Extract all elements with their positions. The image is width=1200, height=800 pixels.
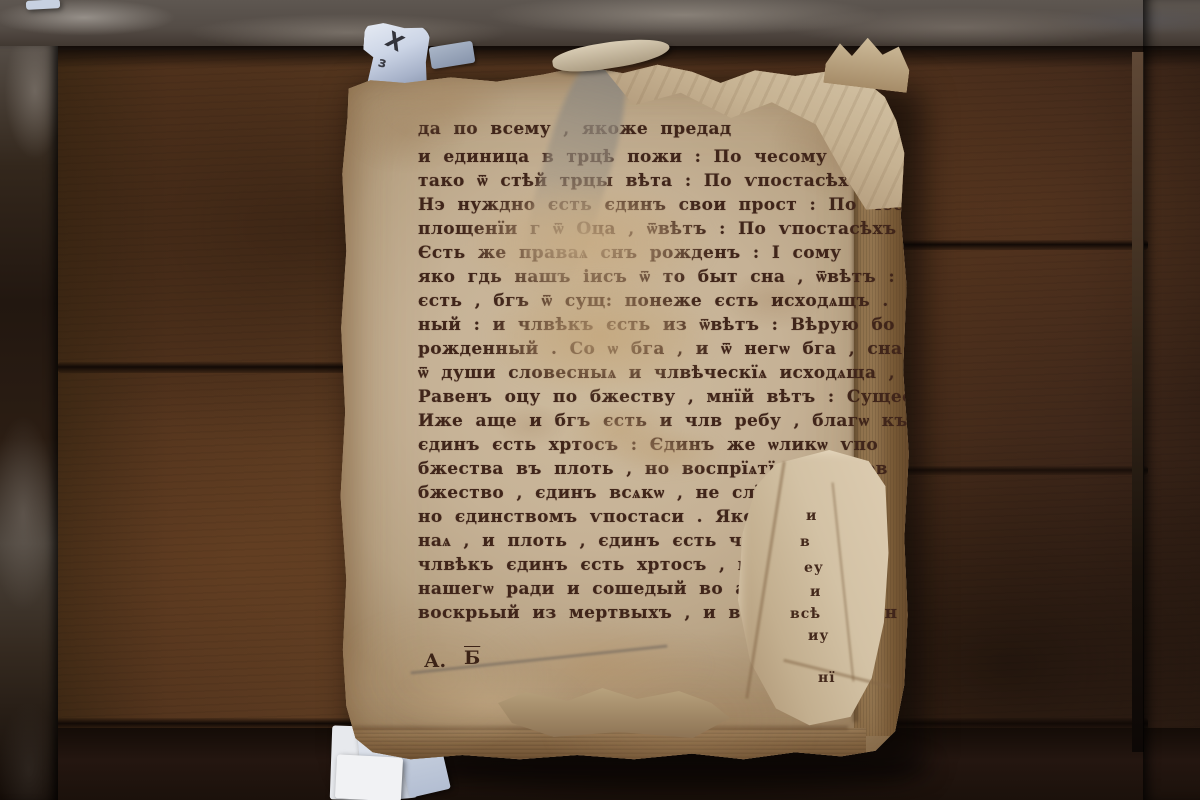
plank-seam: [58, 362, 346, 373]
photo-scene: X з да по всему , якоже предад и единица…: [0, 0, 1200, 800]
edge-fragment: всѣ: [790, 606, 821, 622]
text-line: Равенъ оцу по бжеству , мнїй вѣтъ : Суще…: [418, 387, 948, 407]
edge-fragment: и: [810, 584, 821, 600]
handwritten-x-mark: X: [381, 27, 408, 57]
book: да по всему , якоже предад и единица в т…: [336, 62, 910, 762]
edge-fragment: нї: [818, 670, 836, 686]
handwritten-mark-2: з: [377, 54, 389, 71]
edge-fragment: в: [800, 534, 811, 550]
edge-fragment: еу: [804, 560, 824, 576]
edge-fragment: иу: [808, 628, 829, 644]
plank-seam: [896, 466, 1148, 475]
edge-fragment: и: [806, 508, 817, 524]
right-frame-rail: [1143, 0, 1200, 800]
bookmark-top: X з: [361, 22, 431, 86]
bookmark-bottom: [335, 754, 403, 800]
page-stain: [482, 274, 718, 398]
left-frame-rail: [0, 46, 58, 800]
page-stain: [588, 420, 744, 484]
